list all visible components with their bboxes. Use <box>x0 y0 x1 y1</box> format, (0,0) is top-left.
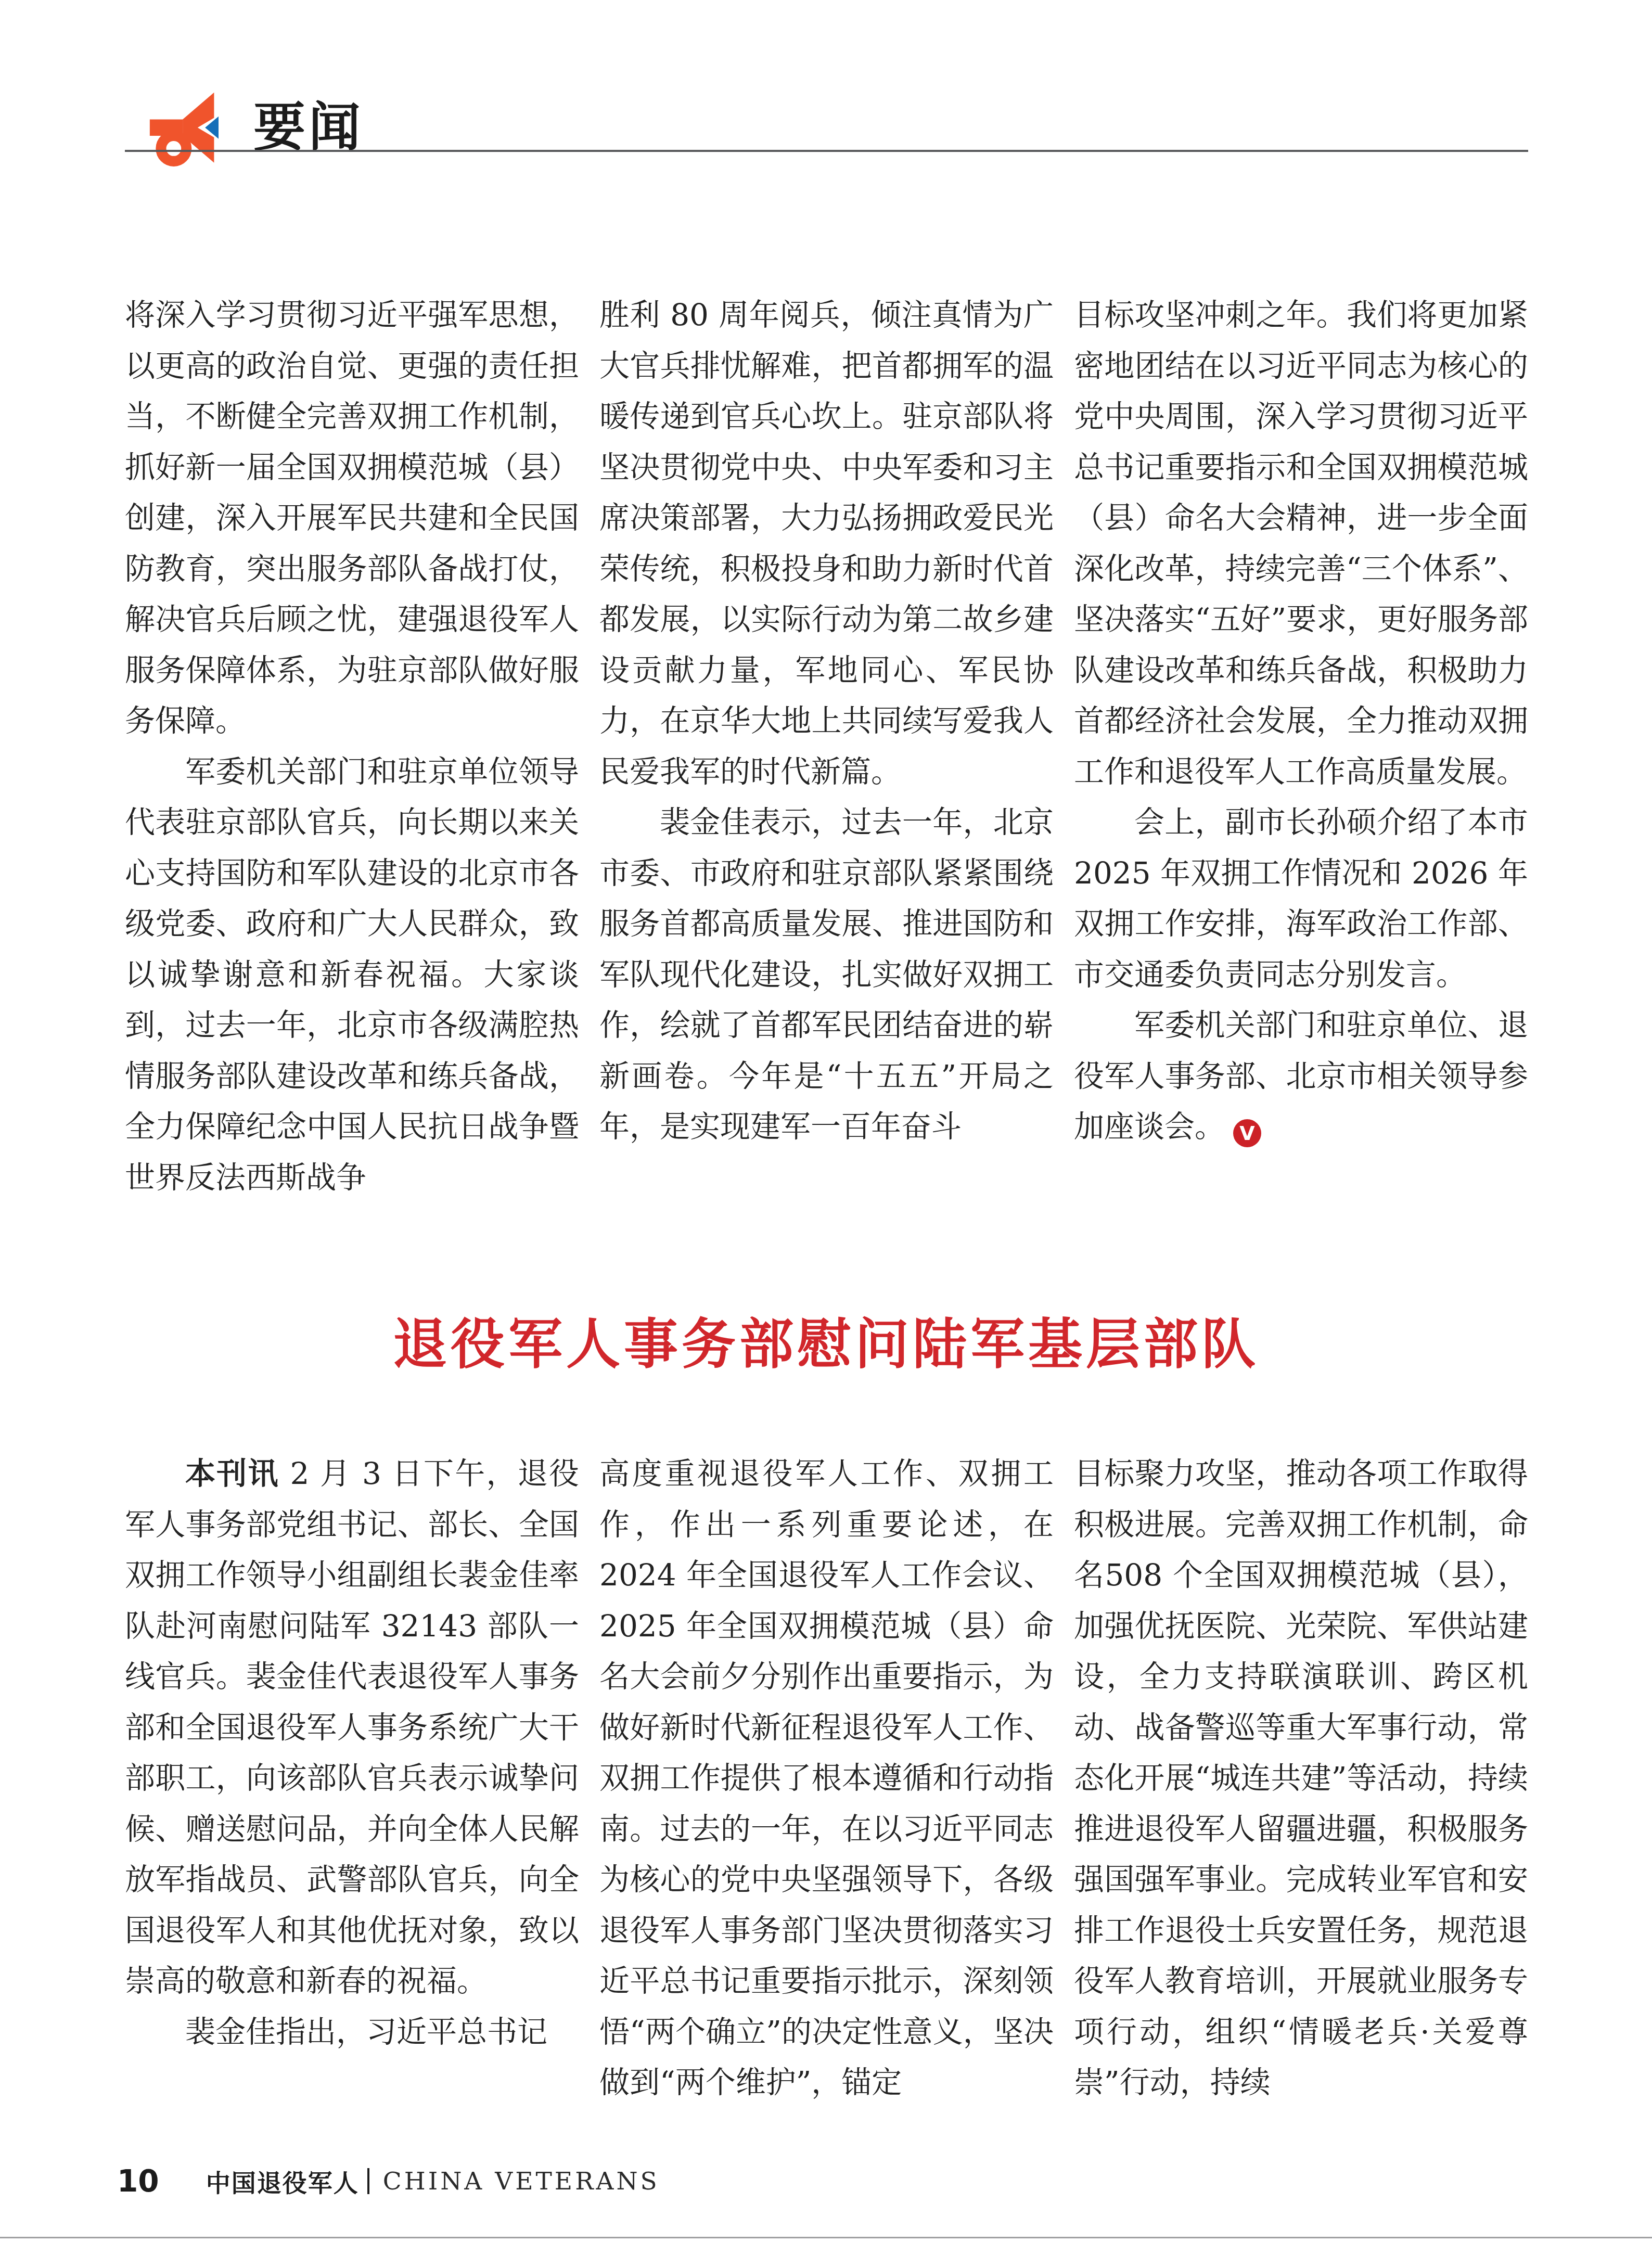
header-rule <box>125 150 1528 152</box>
article2-column-1: 本刊讯 2 月 3 日下午，退役军人事务部党组书记、部长、全国双拥工作领导小组副… <box>125 1449 579 2115</box>
article1-column-3: 目标攻坚冲刺之年。我们将更加紧密地团结在以习近平同志为核心的党中央周围，深入学习… <box>1074 290 1528 1209</box>
magazine-title-en: CHINA VETERANS <box>383 2167 660 2196</box>
lead-label: 本刊讯 <box>185 1456 279 1491</box>
paragraph: 本刊讯 2 月 3 日下午，退役军人事务部党组书记、部长、全国双拥工作领导小组副… <box>125 1449 579 2007</box>
paragraph: 目标聚力攻坚，推动各项工作取得积极进展。完善双拥工作机制，命名508 个全国双拥… <box>1074 1449 1528 2108</box>
magazine-brand-icon <box>148 89 230 172</box>
bottom-rule <box>0 2237 1652 2238</box>
footer-divider <box>367 2168 369 2194</box>
article2-headline: 退役军人事务部慰问陆军基层部队 <box>0 1310 1652 1379</box>
article-end-mark-icon: V <box>1233 1119 1261 1147</box>
article2-column-3: 目标聚力攻坚，推动各项工作取得积极进展。完善双拥工作机制，命名508 个全国双拥… <box>1074 1449 1528 2115</box>
paragraph: 高度重视退役军人工作、双拥工作，作出一系列重要论述，在 2024 年全国退役军人… <box>599 1449 1054 2108</box>
article1-column-1: 将深入学习贯彻习近平强军思想，以更高的政治自觉、更强的责任担当，不断健全完善双拥… <box>125 290 579 1209</box>
paragraph: 会上，副市长孙硕介绍了本市 2025 年双拥工作情况和 2026 年双拥工作安排… <box>1074 797 1528 1000</box>
paragraph: 将深入学习贯彻习近平强军思想，以更高的政治自觉、更强的责任担当，不断健全完善双拥… <box>125 290 579 747</box>
brand-logo-svg <box>148 89 230 172</box>
paragraph-text: 军委机关部门和驻京单位、退役军人事务部、北京市相关领导参加座谈会。 <box>1074 1007 1528 1144</box>
section-title: 要闻 <box>253 88 364 166</box>
paragraph: 裴金佳指出，习近平总书记 <box>125 2007 579 2058</box>
paragraph: 裴金佳表示，过去一年，北京市委、市政府和驻京部队紧紧围绕服务首都高质量发展、推进… <box>599 797 1054 1152</box>
magazine-title-cn: 中国退役军人 <box>206 2164 359 2199</box>
article2-column-2: 高度重视退役军人工作、双拥工作，作出一系列重要论述，在 2024 年全国退役军人… <box>599 1449 1054 2115</box>
page-number: 10 <box>117 2163 159 2199</box>
paragraph: 胜利 80 周年阅兵，倾注真情为广大官兵排忧解难，把首都拥军的温暖传递到官兵心坎… <box>599 290 1054 797</box>
article1-column-2: 胜利 80 周年阅兵，倾注真情为广大官兵排忧解难，把首都拥军的温暖传递到官兵心坎… <box>599 290 1054 1209</box>
paragraph: 军委机关部门和驻京单位、退役军人事务部、北京市相关领导参加座谈会。V <box>1074 1000 1528 1152</box>
paragraph: 目标攻坚冲刺之年。我们将更加紧密地团结在以习近平同志为核心的党中央周围，深入学习… <box>1074 290 1528 797</box>
paragraph: 军委机关部门和驻京单位领导代表驻京部队官兵，向长期以来关心支持国防和军队建设的北… <box>125 747 579 1203</box>
footer: 10 中国退役军人 CHINA VETERANS <box>117 2163 660 2199</box>
paragraph-text: 2 月 3 日下午，退役军人事务部党组书记、部长、全国双拥工作领导小组副组长裴金… <box>125 1456 579 1998</box>
